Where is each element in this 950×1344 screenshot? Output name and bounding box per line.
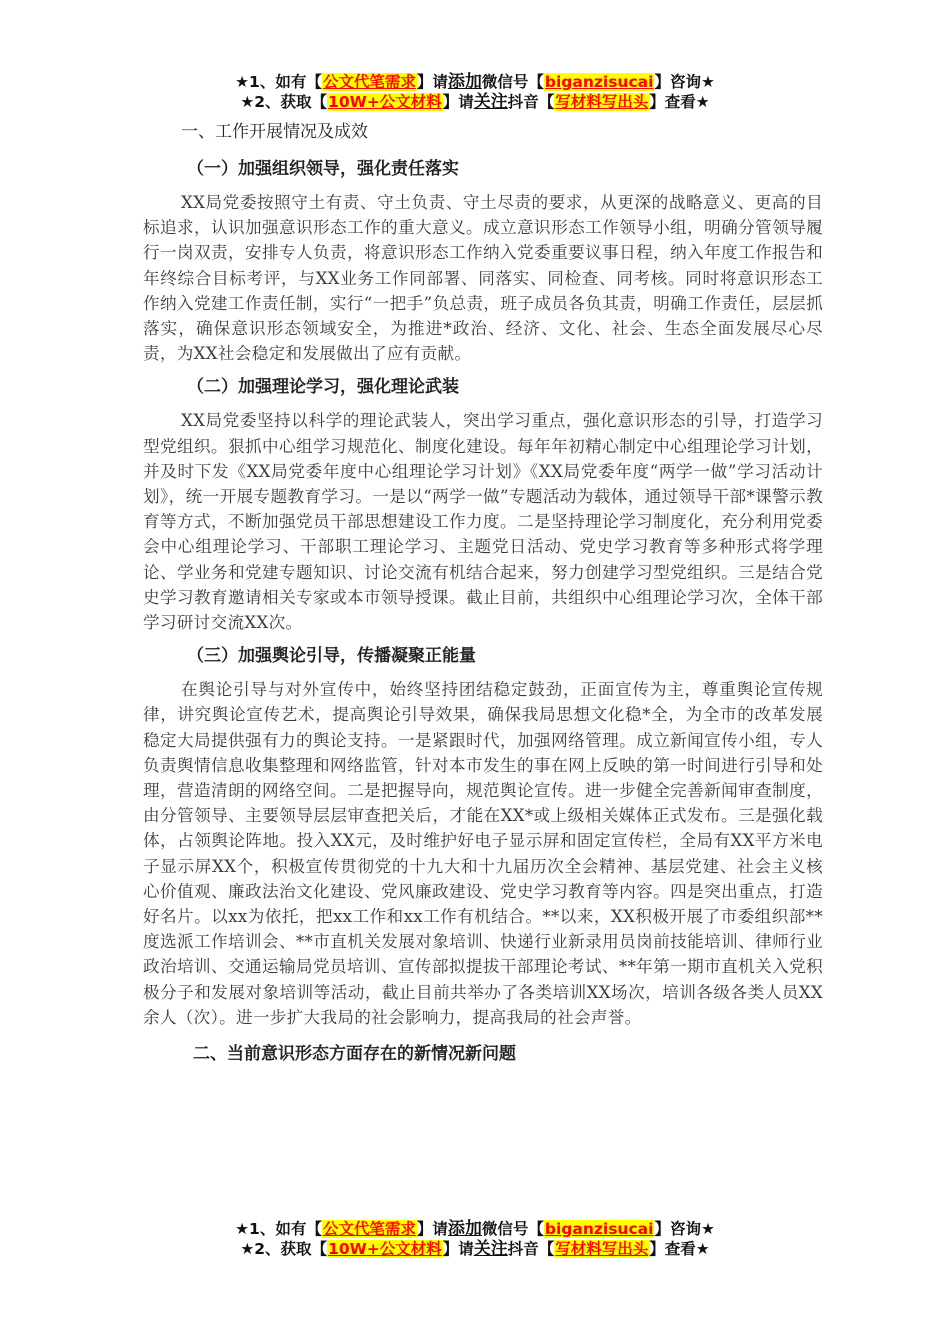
subsection-heading-2: （二）加强理论学习，强化理论武装 bbox=[187, 374, 823, 400]
promo-line-2: ★2、获取【10W+公文材料】请关注抖音【写材料写出头】查看★ bbox=[0, 92, 950, 112]
promo-text: 】咨询★ bbox=[654, 1220, 714, 1238]
promo-text: 】咨询★ bbox=[654, 73, 714, 91]
promo-banner-top: ★1、如有【公文代笔需求】请添加微信号【biganzisucai】咨询★ ★2、… bbox=[0, 72, 950, 112]
promo-highlight: 10W+公文材料 bbox=[327, 1240, 443, 1258]
promo-underlined: 关注 bbox=[474, 92, 508, 112]
promo-banner-bottom: ★1、如有【公文代笔需求】请添加微信号【biganzisucai】咨询★ ★2、… bbox=[0, 1219, 950, 1259]
promo-text: ★2、获取【 bbox=[240, 1240, 327, 1258]
promo-line-1: ★1、如有【公文代笔需求】请添加微信号【biganzisucai】咨询★ bbox=[0, 1219, 950, 1239]
promo-douyin-id: 写材料写出头 bbox=[554, 1240, 649, 1258]
promo-line-2: ★2、获取【10W+公文材料】请关注抖音【写材料写出头】查看★ bbox=[0, 1239, 950, 1259]
promo-underlined: 关注 bbox=[474, 1239, 508, 1259]
section-heading-2: 二、当前意识形态方面存在的新情况新问题 bbox=[193, 1040, 823, 1070]
promo-wechat-id: biganzisucai bbox=[544, 73, 655, 91]
promo-text: 抖音【 bbox=[508, 93, 555, 111]
promo-text: 抖音【 bbox=[508, 1240, 555, 1258]
promo-text: 微信号【 bbox=[482, 1220, 544, 1238]
promo-underlined: 添加 bbox=[448, 1219, 482, 1239]
promo-underlined: 添加 bbox=[448, 72, 482, 92]
promo-text: ★1、如有【 bbox=[235, 1220, 322, 1238]
promo-highlight: 10W+公文材料 bbox=[327, 93, 443, 111]
promo-highlight: 公文代笔需求 bbox=[322, 73, 417, 91]
promo-wechat-id: biganzisucai bbox=[544, 1220, 655, 1238]
document-page: ★1、如有【公文代笔需求】请添加微信号【biganzisucai】咨询★ ★2、… bbox=[0, 0, 950, 1344]
promo-line-1: ★1、如有【公文代笔需求】请添加微信号【biganzisucai】咨询★ bbox=[0, 72, 950, 92]
subsection-heading-1: （一）加强组织领导，强化责任落实 bbox=[187, 156, 823, 182]
promo-text: 】请 bbox=[417, 1220, 448, 1238]
promo-text: ★1、如有【 bbox=[235, 73, 322, 91]
promo-text: 】请 bbox=[443, 93, 474, 111]
paragraph-1: XX局党委按照守土有责、守土负责、守土尽责的要求，从更深的战略意义、更高的目标追… bbox=[143, 190, 823, 366]
promo-douyin-id: 写材料写出头 bbox=[554, 93, 649, 111]
spacer bbox=[143, 1030, 823, 1040]
subsection-heading-3: （三）加强舆论引导，传播凝聚正能量 bbox=[187, 643, 823, 669]
promo-text: 】查看★ bbox=[649, 1240, 709, 1258]
paragraph-2: XX局党委坚持以科学的理论武装人，突出学习重点，强化意识形态的引导，打造学习型党… bbox=[143, 408, 823, 635]
promo-highlight: 公文代笔需求 bbox=[322, 1220, 417, 1238]
promo-text: 】请 bbox=[443, 1240, 474, 1258]
section-heading-1: 一、工作开展情况及成效 bbox=[181, 118, 823, 148]
promo-text: ★2、获取【 bbox=[240, 93, 327, 111]
promo-text: 微信号【 bbox=[482, 73, 544, 91]
promo-text: 】请 bbox=[417, 73, 448, 91]
document-body: 一、工作开展情况及成效 （一）加强组织领导，强化责任落实 XX局党委按照守土有责… bbox=[143, 118, 823, 1070]
promo-text: 】查看★ bbox=[649, 93, 709, 111]
paragraph-3: 在舆论引导与对外宣传中，始终坚持团结稳定鼓劲，正面宣传为主，尊重舆论宣传规律，讲… bbox=[143, 677, 823, 1030]
